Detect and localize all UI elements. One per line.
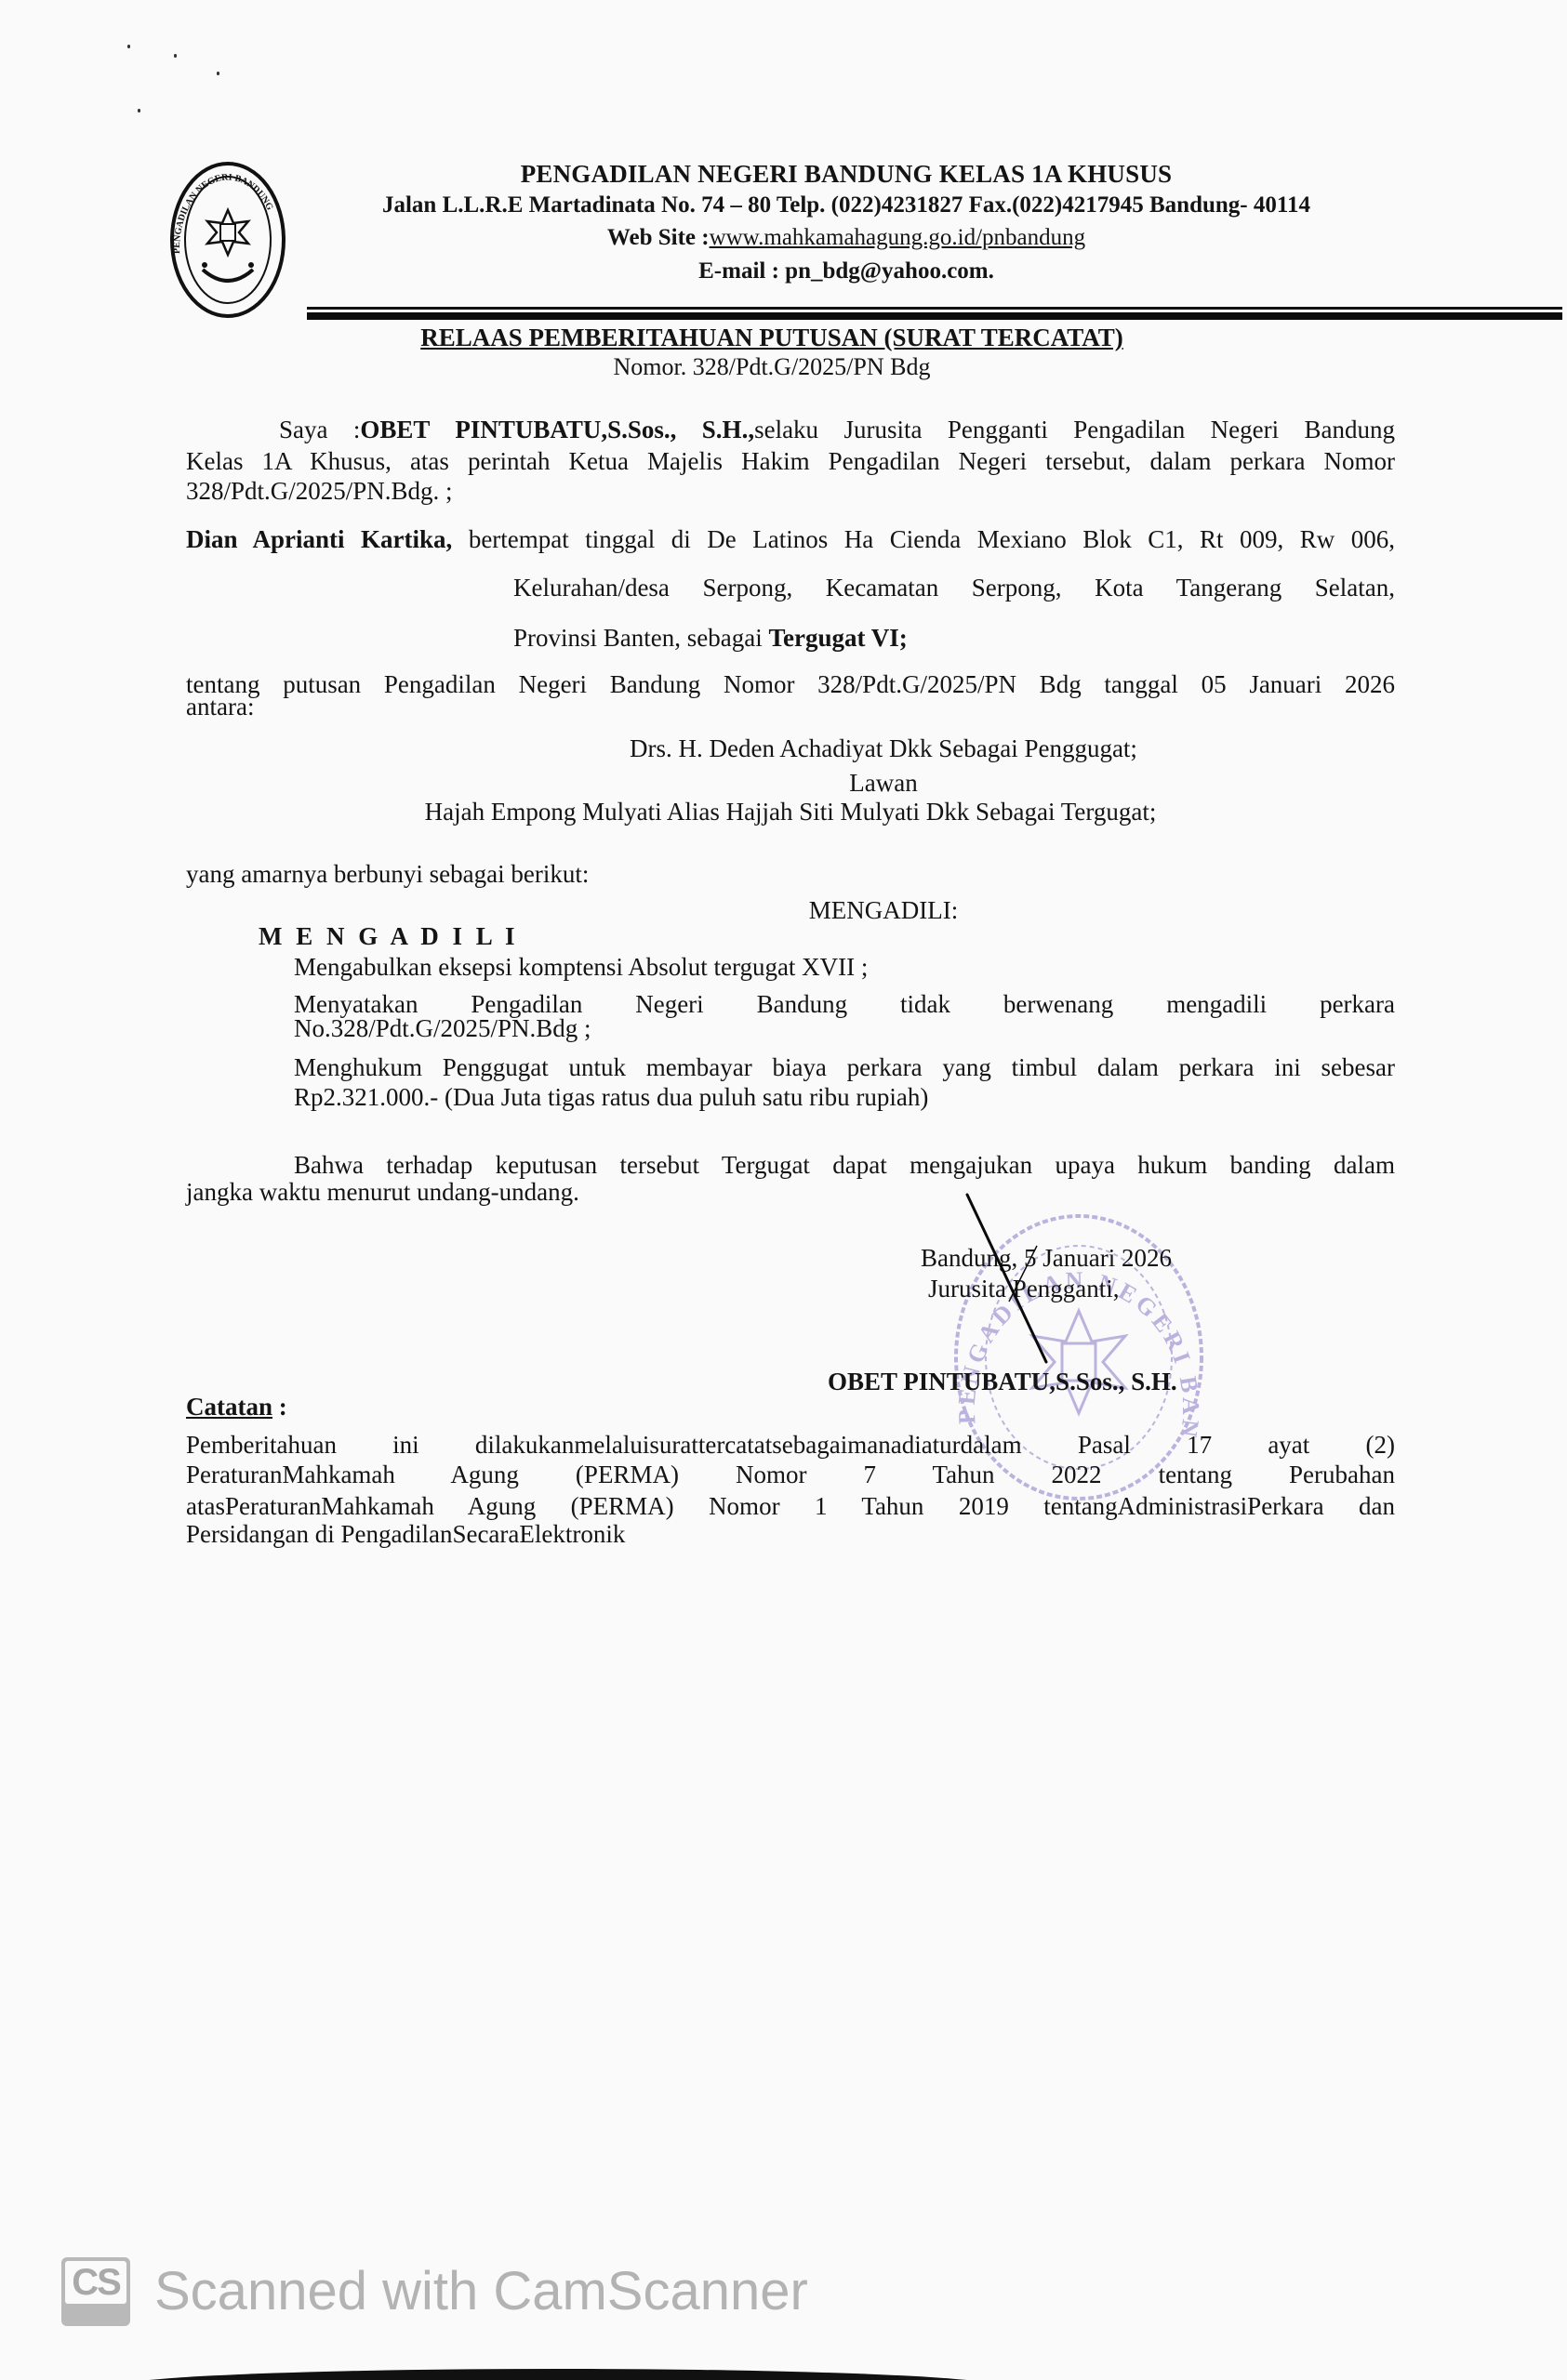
- photo-background-edge: [112, 2369, 1004, 2380]
- letterhead-divider: [307, 307, 1562, 320]
- website-link[interactable]: www.mahkamahagung.go.id/pnbandung: [710, 225, 1086, 250]
- website-line: Web Site :www.mahkamahagung.go.id/pnband…: [307, 221, 1386, 255]
- intro-line-2: Kelas 1A Khusus, atas perintah Ketua Maj…: [186, 446, 1395, 476]
- camscanner-text: Scanned with CamScanner: [154, 2255, 808, 2328]
- website-label: Web Site :: [607, 225, 710, 250]
- note-line-1: Pemberitahuan ini dilakukanmelaluisuratt…: [186, 1430, 1395, 1460]
- institution-name: PENGADILAN NEGERI BANDUNG KELAS 1A KHUSU…: [307, 158, 1386, 190]
- letterhead: PENGADILAN NEGERI BANDUNG KELAS 1A KHUSU…: [307, 158, 1386, 288]
- note-line-2: PeraturanMahkamah Agung (PERMA) Nomor 7 …: [186, 1460, 1395, 1489]
- recipient-line-3: Provinsi Banten, sebagai Tergugat VI;: [513, 623, 908, 653]
- recipient-role: Tergugat VI;: [768, 624, 907, 652]
- email-line: E-mail : pn_bdg@yahoo.com.: [307, 255, 1386, 288]
- institution-address: Jalan L.L.R.E Martadinata No. 74 – 80 Te…: [307, 190, 1386, 221]
- camscanner-logo-icon: CS: [61, 2257, 130, 2326]
- verdict-item-3-line-1: Menghukum Penggugat untuk membayar biaya…: [294, 1052, 1395, 1082]
- recipient-line-2: Kelurahan/desa Serpong, Kecamatan Serpon…: [513, 573, 1395, 602]
- verdict-intro: yang amarnya berbunyi sebagai berikut:: [186, 859, 1395, 889]
- appeal-line-2: jangka waktu menurut undang-undang.: [186, 1177, 1395, 1207]
- plaintiff: Drs. H. Deden Achadiyat Dkk Sebagai Peng…: [372, 734, 1395, 763]
- recipient-name: Dian Aprianti Kartika,: [186, 525, 452, 553]
- verdict-heading-spaced: M E N G A D I L I: [259, 921, 519, 951]
- dust-speck: [138, 109, 140, 112]
- verdict-item-2-line-2: No.328/Pdt.G/2025/PN.Bdg ;: [294, 1013, 591, 1043]
- appeal-line-1: Bahwa terhadap keputusan tersebut Tergug…: [294, 1150, 1395, 1180]
- document-number: Nomor. 328/Pdt.G/2025/PN Bdg: [307, 351, 1237, 383]
- document-title: RELAAS PEMBERITAHUAN PUTUSAN (SURAT TERC…: [307, 322, 1237, 353]
- dust-speck: [217, 72, 219, 75]
- intro-line-1: Saya :OBET PINTUBATU,S.Sos., S.H.,selaku…: [186, 415, 1395, 444]
- note-line-4: Persidangan di PengadilanSecaraElektroni…: [186, 1519, 1395, 1549]
- note-label: Catatan :: [186, 1392, 1395, 1421]
- recipient-line-1: Dian Aprianti Kartika, bertempat tinggal…: [186, 524, 1395, 554]
- officer-name: OBET PINTUBATU,S.Sos., S.H.,: [360, 416, 754, 443]
- verdict-item-3-line-2: Rp2.321.000.- (Dua Juta tigas ratus dua …: [294, 1082, 928, 1112]
- dust-speck: [174, 54, 177, 58]
- intro-line-3: 328/Pdt.G/2025/PN.Bdg. ;: [186, 476, 1395, 506]
- defendant: Hajah Empong Mulyati Alias Hajjah Siti M…: [186, 797, 1395, 826]
- about-line-2: antara:: [186, 692, 1395, 721]
- note-line-3: atasPeraturanMahkamah Agung (PERMA) Nomo…: [186, 1491, 1395, 1521]
- verdict-item-1: Mengabulkan eksepsi komptensi Absolut te…: [294, 952, 868, 982]
- verdict-heading: MENGADILI:: [372, 895, 1395, 925]
- versus: Lawan: [372, 768, 1395, 798]
- court-logo-icon: PENGADILAN NEGERI BANDUNG: [167, 160, 288, 320]
- dust-speck: [127, 45, 130, 48]
- handwritten-signature-icon: [958, 1190, 1088, 1376]
